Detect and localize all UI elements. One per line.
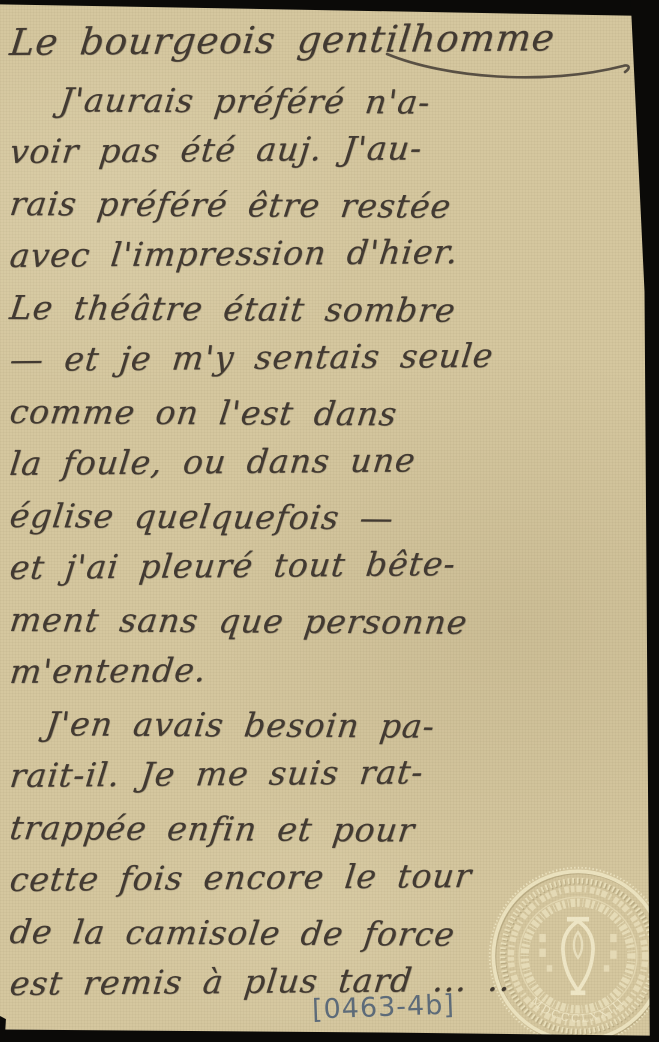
letter-text: Le bourgeois gentilhomme J'aurais préfér… (10, 12, 655, 1010)
scanned-letter-page: MDCCCLXXIII Le bourgeois gentilhomme J'a… (0, 0, 659, 1042)
handwritten-line: m'entende. (7, 640, 659, 698)
handwritten-line: cette fois encore le tour (7, 848, 659, 906)
handwritten-line: — et je m'y sentais seule (7, 328, 659, 386)
handwritten-line: et j'ai pleuré tout bête- (7, 536, 659, 594)
handwritten-line: voir pas été auj. J'au- (7, 120, 659, 178)
handwritten-line: rait-il. Je me suis rat- (7, 744, 659, 802)
catalog-annotation: [0463-4b] (312, 990, 456, 1026)
letter-heading: Le bourgeois gentilhomme (6, 6, 659, 74)
handwritten-line: la foule, ou dans une (7, 432, 659, 490)
handwritten-line: avec l'impression d'hier. (7, 224, 659, 282)
